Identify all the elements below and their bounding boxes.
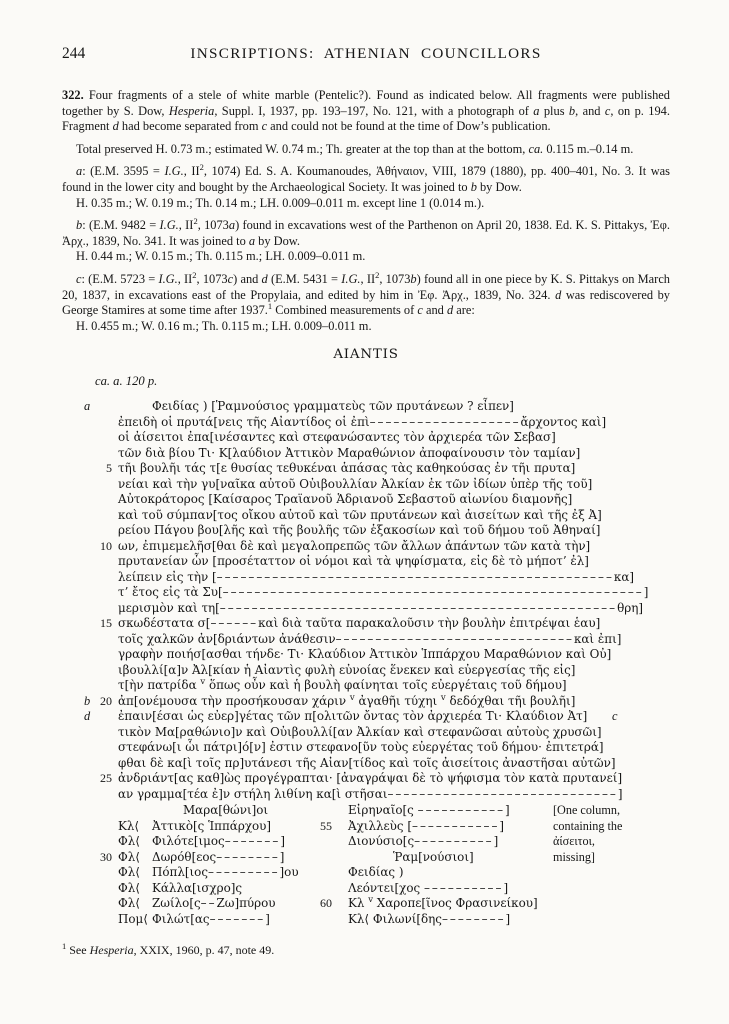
greek-line-text: τοῖς χαλκῶν ἀν[δριάντων ἀνάθεσιν––––––––… bbox=[118, 632, 621, 646]
footnote: 1 See Hesperia, XXIX, 1960, p. 47, note … bbox=[62, 943, 670, 958]
greek-line-text: τ[ὴν πατρίδα v ὅπως οὖν καὶ ἡ βουλὴ φαίν… bbox=[118, 678, 567, 692]
name-cell-middle: Φειδίας ) bbox=[338, 865, 553, 881]
name-cell-middle: Ἀχιλλεὺς [–––––––––––] bbox=[338, 819, 553, 835]
line-number: 10 bbox=[88, 539, 112, 555]
mid-line-number bbox=[308, 834, 338, 850]
inscription-text: aΦειδίας ) [Ῥαμνούσιος γραμματεὺς τῶν πρ… bbox=[118, 399, 670, 802]
mid-line-number: 55 bbox=[308, 819, 338, 835]
name-cell-middle: Ῥαμ[νούσιοι] bbox=[338, 850, 553, 866]
left-line-number bbox=[85, 803, 118, 819]
left-line-number bbox=[85, 834, 118, 850]
names-table: Μαρα[θώνι]οιΕἰρηναῖο[ς –––––––––––][One … bbox=[85, 803, 670, 927]
greek-line-text: γραφὴν ποιήσ[ασθαι τήνδε· Τι· Κλαύδιον Ἀ… bbox=[118, 647, 611, 661]
left-line-number bbox=[85, 896, 118, 912]
name-cell-left: Φλ⟨Δωρόθ[εος––––––––] bbox=[118, 850, 308, 866]
left-line-number bbox=[85, 912, 118, 928]
line-number: 20 bbox=[88, 694, 112, 710]
name-cell-middle: Κλ v Χαροπε[ῖνος Φρασινείκου] bbox=[338, 896, 553, 912]
description-paragraph: H. 0.455 m.; W. 0.16 m.; Th. 0.115 m.; L… bbox=[62, 319, 670, 335]
name-cell-middle: Διονύσιο[ς––––––––––] bbox=[338, 834, 553, 850]
inscription-line: ιβουλλί[α]ν Ἀλ[κίαν ἡ Αἰαντὶς φυλὴ εὐνοί… bbox=[118, 663, 670, 679]
description-paragraph: c: (E.M. 5723 = I.G., II2, 1073c) and d … bbox=[62, 272, 670, 319]
name-cell-left: Φλ⟨Πόπλ[ιος–––––––––]ου bbox=[118, 865, 308, 881]
inscription-line: στεφάνω[ι ὧι πάτρι]ό[ν] ἐστιν στεφανο[ῦν… bbox=[118, 740, 670, 756]
page-content: 244 INSCRIPTIONS: ATHENIAN COUNCILLORS 3… bbox=[62, 45, 670, 958]
name-cell-right bbox=[553, 912, 670, 928]
name-cell-right: [One column, bbox=[553, 803, 670, 819]
names-row: Πομ⟨Φιλώτ[ας–––––––]Κλ⟨ Φιλωνί[δης––––––… bbox=[85, 912, 670, 928]
name-cell-middle: Κλ⟨ Φιλωνί[δης––––––––] bbox=[338, 912, 553, 928]
name-cell-middle: Εἰρηναῖο[ς –––––––––––] bbox=[338, 803, 553, 819]
inscription-line: τ’ ἔτος εἰς τὰ Συ[––––––––––––––––––––––… bbox=[118, 585, 670, 601]
inscription-line: καὶ τοῦ σύμπαν[τος οἴκου αὐτοῦ καὶ τῶν π… bbox=[118, 508, 670, 524]
greek-line-text: ρείου Πάγου βου[λῆς καὶ τῆς βουλῆς τῶν ἑ… bbox=[118, 523, 600, 537]
name-cell-right bbox=[553, 881, 670, 897]
line-number: 5 bbox=[88, 461, 112, 477]
book-page: 244 INSCRIPTIONS: ATHENIAN COUNCILLORS 3… bbox=[0, 0, 729, 1024]
inscription-line: λείπειν εἰς τὴν [–––––––––––––––––––––––… bbox=[118, 570, 670, 586]
inscription-line: τ[ὴν πατρίδα v ὅπως οὖν καὶ ἡ βουλὴ φαίν… bbox=[118, 678, 670, 694]
inscription-line: ρείου Πάγου βου[λῆς καὶ τῆς βουλῆς τῶν ἑ… bbox=[118, 523, 670, 539]
greek-line-text: ἐπαιν[έσαι ὡς εὐερ]γέτας τῶν π[ολιτῶν ὄν… bbox=[118, 709, 587, 723]
greek-line-text: λείπειν εἰς τὴν [–––––––––––––––––––––––… bbox=[118, 570, 634, 584]
fragment-letter-right: c bbox=[612, 709, 618, 725]
inscription-line: τικὸν Μα[ραθώνιο]ν καὶ Οὐιβουλλί[αν Ἀλκί… bbox=[118, 725, 670, 741]
name-cell-right bbox=[553, 865, 670, 881]
description-paragraph: 322. Four fragments of a stele of white … bbox=[62, 88, 670, 135]
inscription-line: τοῖς χαλκῶν ἀν[δριάντων ἀνάθεσιν––––––––… bbox=[118, 632, 670, 648]
inscription-line: ἐπειδὴ οἱ πρυτά[νεις τῆς Αἰαντίδος οἱ ἐπ… bbox=[118, 415, 670, 431]
greek-line-text: καὶ τοῦ σύμπαν[τος οἴκου αὐτοῦ καὶ τῶν π… bbox=[118, 508, 602, 522]
name-cell-right: missing] bbox=[553, 850, 670, 866]
mid-line-number bbox=[308, 850, 338, 866]
name-cell-left: Κλ⟨Ἀττικὸ[ς Ἱππάρχου] bbox=[118, 819, 308, 835]
greek-line-text: τῆι βουλῆι τάς τ[ε θυσίας τεθυκέναι ἁπάσ… bbox=[118, 461, 575, 475]
names-row: Φλ⟨Ζωίλο[ς––Ζω]πύρου60Κλ v Χαροπε[ῖνος Φ… bbox=[85, 896, 670, 912]
inscription-line: φθαι δὲ κα[ὶ τοῖς πρ]υτάνεσι τῆς Αἰαν[τί… bbox=[118, 756, 670, 772]
names-row: Κλ⟨Ἀττικὸ[ς Ἱππάρχου]55Ἀχιλλεὺς [–––––––… bbox=[85, 819, 670, 835]
greek-line-text: ἐπειδὴ οἱ πρυτά[νεις τῆς Αἰαντίδος οἱ ἐπ… bbox=[118, 415, 606, 429]
page-number: 244 bbox=[62, 45, 85, 63]
page-title: INSCRIPTIONS: ATHENIAN COUNCILLORS bbox=[62, 45, 670, 63]
line-number: 25 bbox=[88, 771, 112, 787]
name-cell-left: Πομ⟨Φιλώτ[ας–––––––] bbox=[118, 912, 308, 928]
name-cell-middle: Λεόντει[χος ––––––––––] bbox=[338, 881, 553, 897]
fragment-letter: a bbox=[84, 399, 90, 415]
greek-line-text: τικὸν Μα[ραθώνιο]ν καὶ Οὐιβουλλί[αν Ἀλκί… bbox=[118, 725, 602, 739]
names-row: Φλ⟨Κάλλα[ισχρο]ςΛεόντει[χος ––––––––––] bbox=[85, 881, 670, 897]
names-row: Φλ⟨Πόπλ[ιος–––––––––]ουΦειδίας ) bbox=[85, 865, 670, 881]
inscription-line: αν γραμμα[τέα ἐ]ν στήλη λιθίνη κα[ὶ στῆσ… bbox=[118, 787, 670, 803]
description-paragraph: H. 0.44 m.; W. 0.15 m.; Th. 0.115 m.; LH… bbox=[62, 249, 670, 265]
inscription-line: οἱ ἀίσειτοι ἐπα[ινέσαντες καὶ στεφανώσαν… bbox=[118, 430, 670, 446]
mid-line-number bbox=[308, 912, 338, 928]
description-paragraph: H. 0.35 m.; W. 0.19 m.; Th. 0.14 m.; LH.… bbox=[62, 196, 670, 212]
names-row: Φλ⟨Φιλότε[ιμος–––––––]Διονύσιο[ς––––––––… bbox=[85, 834, 670, 850]
inscription-line: b20ἀπ[ονέμουσα τὴν προσήκουσαν χάριν v ἀ… bbox=[118, 694, 670, 710]
greek-line-text: Φειδίας ) [Ῥαμνούσιος γραμματεὺς τῶν πρυ… bbox=[118, 399, 514, 413]
name-cell-left: Φλ⟨Κάλλα[ισχρο]ς bbox=[118, 881, 308, 897]
inscription-line: 5τῆι βουλῆι τάς τ[ε θυσίας τεθυκέναι ἁπά… bbox=[118, 461, 670, 477]
name-cell-right: ἀίσειτοι, bbox=[553, 834, 670, 850]
greek-line-text: νείαι καὶ τὴν γυ[ναῖκα αὐτοῦ Οὐιβουλλίαν… bbox=[118, 477, 592, 491]
names-row: Μαρα[θώνι]οιΕἰρηναῖο[ς –––––––––––][One … bbox=[85, 803, 670, 819]
greek-line-text: στεφάνω[ι ὧι πάτρι]ό[ν] ἐστιν στεφανο[ῦν… bbox=[118, 740, 604, 754]
entry-paragraphs: 322. Four fragments of a stele of white … bbox=[62, 88, 670, 334]
inscription-line: τῶν διὰ βίου Τι· Κ[λαύδιον Ἀττικὸν Μαραθ… bbox=[118, 446, 670, 462]
inscription-line: 15σκωδέστατα σ[––––––καὶ διὰ ταῦτα παρακ… bbox=[118, 616, 670, 632]
greek-line-text: ἀνδριάντ[ας καθ]ὼς προγέγραπται· [ἀναγρά… bbox=[118, 771, 622, 785]
inscription-line: Αὐτοκράτορος [Καίσαρος Τραϊανοῦ Ἁδριανοῦ… bbox=[118, 492, 670, 508]
name-cell-left: Φλ⟨Ζωίλο[ς––Ζω]πύρου bbox=[118, 896, 308, 912]
left-line-number bbox=[85, 865, 118, 881]
inscription-line: πρυτανείαν ὧν [προσέταττον οἱ νόμοι καὶ … bbox=[118, 554, 670, 570]
greek-line-text: ων, ἐπιμεμελῆσ[θαι δὲ καὶ μεγαλοπρεπῶς τ… bbox=[118, 539, 590, 553]
greek-line-text: τ’ ἔτος εἰς τὰ Συ[––––––––––––––––––––––… bbox=[118, 585, 648, 599]
name-cell-right bbox=[553, 896, 670, 912]
mid-line-number bbox=[308, 865, 338, 881]
left-line-number: 30 bbox=[85, 850, 118, 866]
inscription-line: aΦειδίας ) [Ῥαμνούσιος γραμματεὺς τῶν πρ… bbox=[118, 399, 670, 415]
description-paragraph: Total preserved H. 0.73 m.; estimated W.… bbox=[62, 142, 670, 158]
inscription-line: dἐπαιν[έσαι ὡς εὐερ]γέτας τῶν π[ολιτῶν ὄ… bbox=[118, 709, 670, 725]
greek-line-text: φθαι δὲ κα[ὶ τοῖς πρ]υτάνεσι τῆς Αἰαν[τί… bbox=[118, 756, 615, 770]
names-row: 30Φλ⟨Δωρόθ[εος––––––––]Ῥαμ[νούσιοι]missi… bbox=[85, 850, 670, 866]
left-line-number bbox=[85, 819, 118, 835]
inscription-line: 10ων, ἐπιμεμελῆσ[θαι δὲ καὶ μεγαλοπρεπῶς… bbox=[118, 539, 670, 555]
greek-line-text: τῶν διὰ βίου Τι· Κ[λαύδιον Ἀττικὸν Μαραθ… bbox=[118, 446, 580, 460]
greek-line-text: σκωδέστατα σ[––––––καὶ διὰ ταῦτα παρακαλ… bbox=[118, 616, 600, 630]
tribe-heading: AIANTIS bbox=[62, 347, 670, 362]
greek-line-text: αν γραμμα[τέα ἐ]ν στήλη λιθίνη κα[ὶ στῆσ… bbox=[118, 787, 623, 801]
greek-line-text: ἀπ[ονέμουσα τὴν προσήκουσαν χάριν v ἀγαθ… bbox=[118, 694, 575, 708]
mid-line-number bbox=[308, 881, 338, 897]
mid-line-number bbox=[308, 803, 338, 819]
mid-line-number: 60 bbox=[308, 896, 338, 912]
left-line-number bbox=[85, 881, 118, 897]
greek-line-text: πρυτανείαν ὧν [προσέταττον οἱ νόμοι καὶ … bbox=[118, 554, 589, 568]
inscription-line: γραφὴν ποιήσ[ασθαι τήνδε· Τι· Κλαύδιον Ἀ… bbox=[118, 647, 670, 663]
greek-line-text: ιβουλλί[α]ν Ἀλ[κίαν ἡ Αἰαντὶς φυλὴ εὐνοί… bbox=[118, 663, 575, 677]
description-paragraph: a: (E.M. 3595 = I.G., II2, 1074) Ed. S. … bbox=[62, 164, 670, 195]
running-header: 244 INSCRIPTIONS: ATHENIAN COUNCILLORS bbox=[62, 45, 670, 62]
date-label: ca. a. 120 p. bbox=[62, 374, 670, 389]
fragment-letter: d bbox=[84, 709, 90, 725]
inscription-line: μερισμὸν καὶ τη[––––––––––––––––––––––––… bbox=[118, 601, 670, 617]
greek-line-text: οἱ ἀίσειτοι ἐπα[ινέσαντες καὶ στεφανώσαν… bbox=[118, 430, 556, 444]
name-cell-right: containing the bbox=[553, 819, 670, 835]
description-paragraph: b: (E.M. 9482 = I.G., II2, 1073a) found … bbox=[62, 218, 670, 249]
greek-line-text: μερισμὸν καὶ τη[––––––––––––––––––––––––… bbox=[118, 601, 643, 615]
greek-line-text: Αὐτοκράτορος [Καίσαρος Τραϊανοῦ Ἁδριανοῦ… bbox=[118, 492, 572, 506]
inscription-line: 25ἀνδριάντ[ας καθ]ὼς προγέγραπται· [ἀναγ… bbox=[118, 771, 670, 787]
inscription-line: νείαι καὶ τὴν γυ[ναῖκα αὐτοῦ Οὐιβουλλίαν… bbox=[118, 477, 670, 493]
name-cell-left: Φλ⟨Φιλότε[ιμος–––––––] bbox=[118, 834, 308, 850]
line-number: 15 bbox=[88, 616, 112, 632]
name-cell-left: Μαρα[θώνι]οι bbox=[118, 803, 308, 819]
